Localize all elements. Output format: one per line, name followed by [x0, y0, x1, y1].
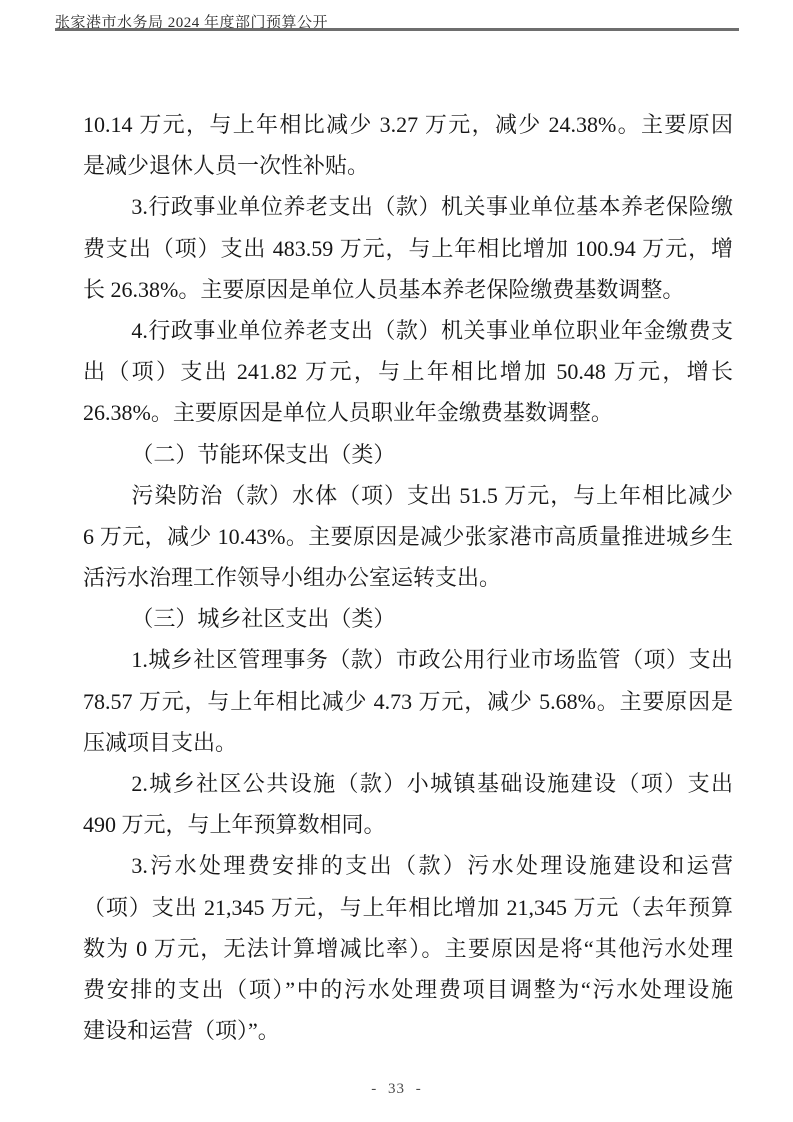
body-line: 78.57 万元，与上年相比减少 4.73 万元，减少 5.68%。主要原因是: [83, 681, 733, 722]
document-page: 张家港市水务局 2024 年度部门预算公开 10.14 万元，与上年相比减少 3…: [0, 0, 793, 1122]
document-body: 10.14 万元，与上年相比减少 3.27 万元，减少 24.38%。主要原因 …: [83, 104, 733, 1051]
body-line: 费安排的支出（项）”中的污水处理费项目调整为“污水处理设施: [83, 969, 733, 1010]
header-rule: [55, 28, 739, 31]
body-line: （项）支出 21,345 万元，与上年相比增加 21,345 万元（去年预算: [83, 887, 733, 928]
body-line: 4.行政事业单位养老支出（款）机关事业单位职业年金缴费支: [83, 310, 733, 351]
body-line: 污染防治（款）水体（项）支出 51.5 万元，与上年相比减少: [83, 475, 733, 516]
body-line: 10.14 万元，与上年相比减少 3.27 万元，减少 24.38%。主要原因: [83, 104, 733, 145]
body-line: 压减项目支出。: [83, 722, 733, 763]
body-line: 活污水治理工作领导小组办公室运转支出。: [83, 557, 733, 598]
body-line: 出（项）支出 241.82 万元，与上年相比增加 50.48 万元，增长: [83, 351, 733, 392]
body-line: 490 万元，与上年预算数相同。: [83, 804, 733, 845]
body-line: 3.污水处理费安排的支出（款）污水处理设施建设和运营: [83, 845, 733, 886]
body-line: 3.行政事业单位养老支出（款）机关事业单位基本养老保险缴: [83, 186, 733, 227]
body-section-heading: （二）节能环保支出（类）: [83, 434, 733, 475]
body-section-heading: （三）城乡社区支出（类）: [83, 598, 733, 639]
body-line: 建设和运营（项）”。: [83, 1010, 733, 1051]
body-line: 数为 0 万元，无法计算增减比率）。主要原因是将“其他污水处理: [83, 928, 733, 969]
body-line: 1.城乡社区管理事务（款）市政公用行业市场监管（项）支出: [83, 639, 733, 680]
body-line: 长 26.38%。主要原因是单位人员基本养老保险缴费基数调整。: [83, 269, 733, 310]
body-line: 6 万元，减少 10.43%。主要原因是减少张家港市高质量推进城乡生: [83, 516, 733, 557]
body-line: 26.38%。主要原因是单位人员职业年金缴费基数调整。: [83, 392, 733, 433]
body-line: 费支出（项）支出 483.59 万元，与上年相比增加 100.94 万元，增: [83, 228, 733, 269]
body-line: 是减少退休人员一次性补贴。: [83, 145, 733, 186]
body-line: 2.城乡社区公共设施（款）小城镇基础设施建设（项）支出: [83, 763, 733, 804]
page-number: - 33 -: [0, 1081, 793, 1098]
